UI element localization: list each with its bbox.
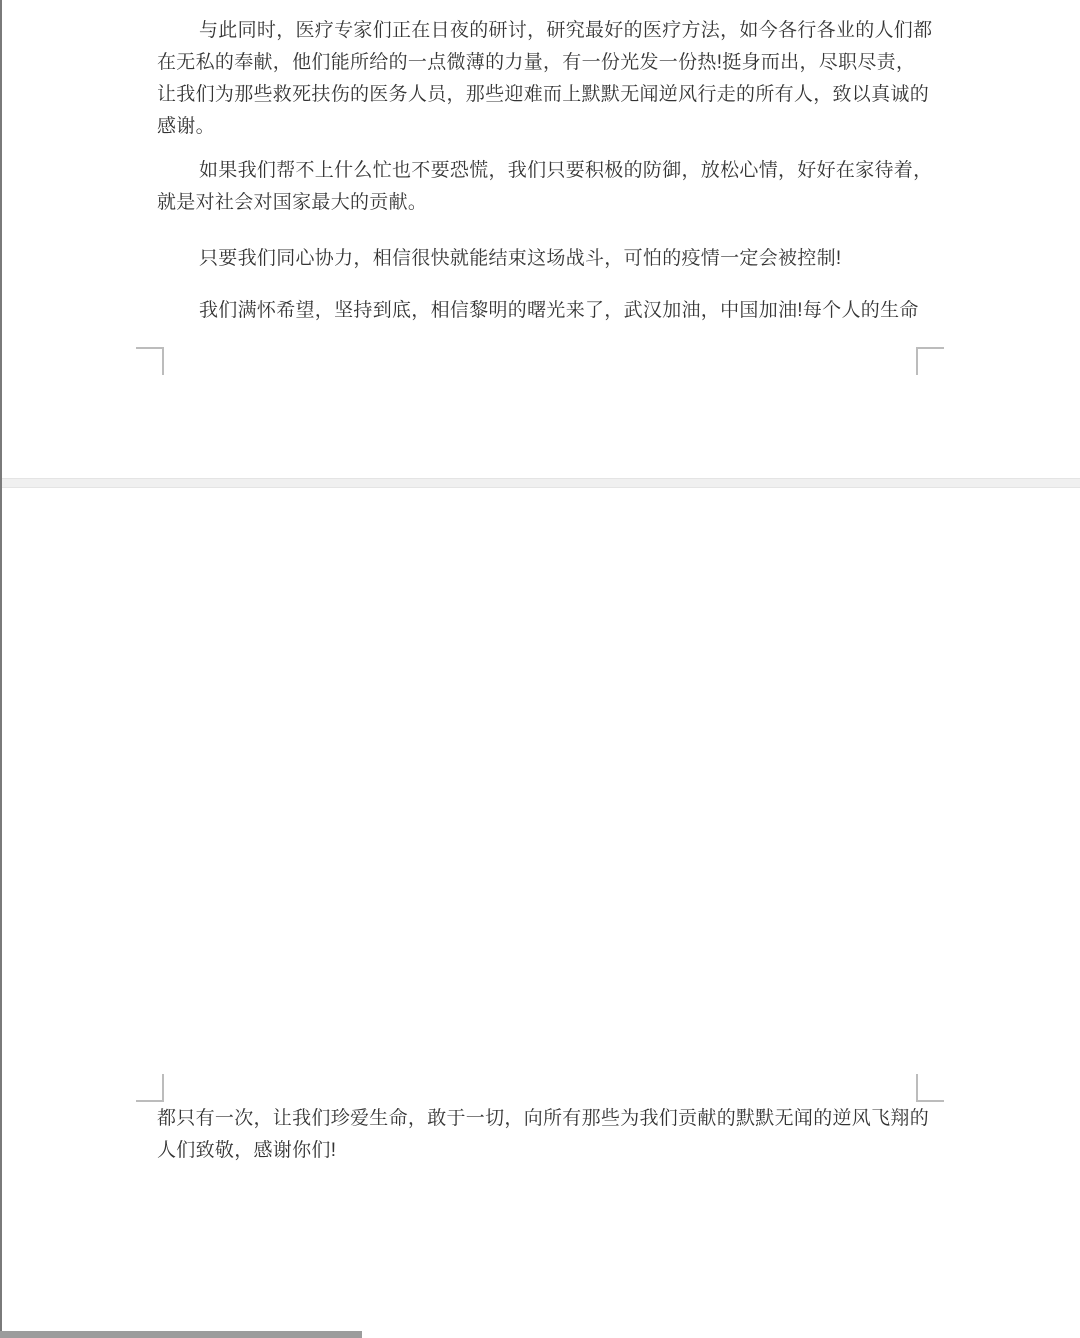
paragraph: 只要我们同心协力，相信很快就能结束这场战斗，可怕的疫情一定会被控制!: [157, 243, 947, 275]
text-line: 我们满怀希望，坚持到底，相信黎明的曙光来了，武汉加油，中国加油!每个人的生命: [157, 295, 947, 327]
margin-corner-mark-bottom-right: [916, 347, 944, 375]
text-line: 感谢。: [157, 111, 947, 143]
text-line: 只要我们同心协力，相信很快就能结束这场战斗，可怕的疫情一定会被控制!: [157, 243, 947, 275]
margin-corner-mark-bottom-left: [136, 347, 164, 375]
left-edge-line: [0, 0, 2, 1338]
margin-corner-mark-top-right: [916, 1074, 944, 1102]
page-1[interactable]: 与此同时，医疗专家们正在日夜的研讨，研究最好的医疗方法，如今各行各业的人们都在无…: [0, 0, 1080, 478]
text-line: 如果我们帮不上什么忙也不要恐慌，我们只要积极的防御，放松心情，好好在家待着，: [157, 155, 947, 187]
text-line: 都只有一次，让我们珍爱生命，敢于一切，向所有那些为我们贡献的默默无闻的逆风飞翔的: [157, 1103, 947, 1135]
text-line: 人们致敬，感谢你们!: [157, 1135, 947, 1167]
text-line: 让我们为那些救死扶伤的医务人员，那些迎难而上默默无闻逆风行走的所有人，致以真诚的: [157, 79, 947, 111]
margin-corner-mark-top-left: [136, 1074, 164, 1102]
paragraph: 与此同时，医疗专家们正在日夜的研讨，研究最好的医疗方法，如今各行各业的人们都在无…: [157, 15, 947, 143]
text-line: 在无私的奉献，他们能所给的一点微薄的力量，有一份光发一份热!挺身而出，尽职尽责，: [157, 47, 947, 79]
document-viewer: 与此同时，医疗专家们正在日夜的研讨，研究最好的医疗方法，如今各行各业的人们都在无…: [0, 0, 1080, 1338]
page-2[interactable]: 都只有一次，让我们珍爱生命，敢于一切，向所有那些为我们贡献的默默无闻的逆风飞翔的…: [0, 488, 1080, 1331]
paragraph: 我们满怀希望，坚持到底，相信黎明的曙光来了，武汉加油，中国加油!每个人的生命: [157, 295, 947, 327]
page-break-separator: [0, 478, 1080, 488]
paragraph: 如果我们帮不上什么忙也不要恐慌，我们只要积极的防御，放松心情，好好在家待着，就是…: [157, 155, 947, 219]
bottom-partial-bar: [0, 1331, 362, 1338]
text-line: 与此同时，医疗专家们正在日夜的研讨，研究最好的医疗方法，如今各行各业的人们都: [157, 15, 947, 47]
text-line: 就是对社会对国家最大的贡献。: [157, 187, 947, 219]
paragraph: 都只有一次，让我们珍爱生命，敢于一切，向所有那些为我们贡献的默默无闻的逆风飞翔的…: [157, 1103, 947, 1167]
